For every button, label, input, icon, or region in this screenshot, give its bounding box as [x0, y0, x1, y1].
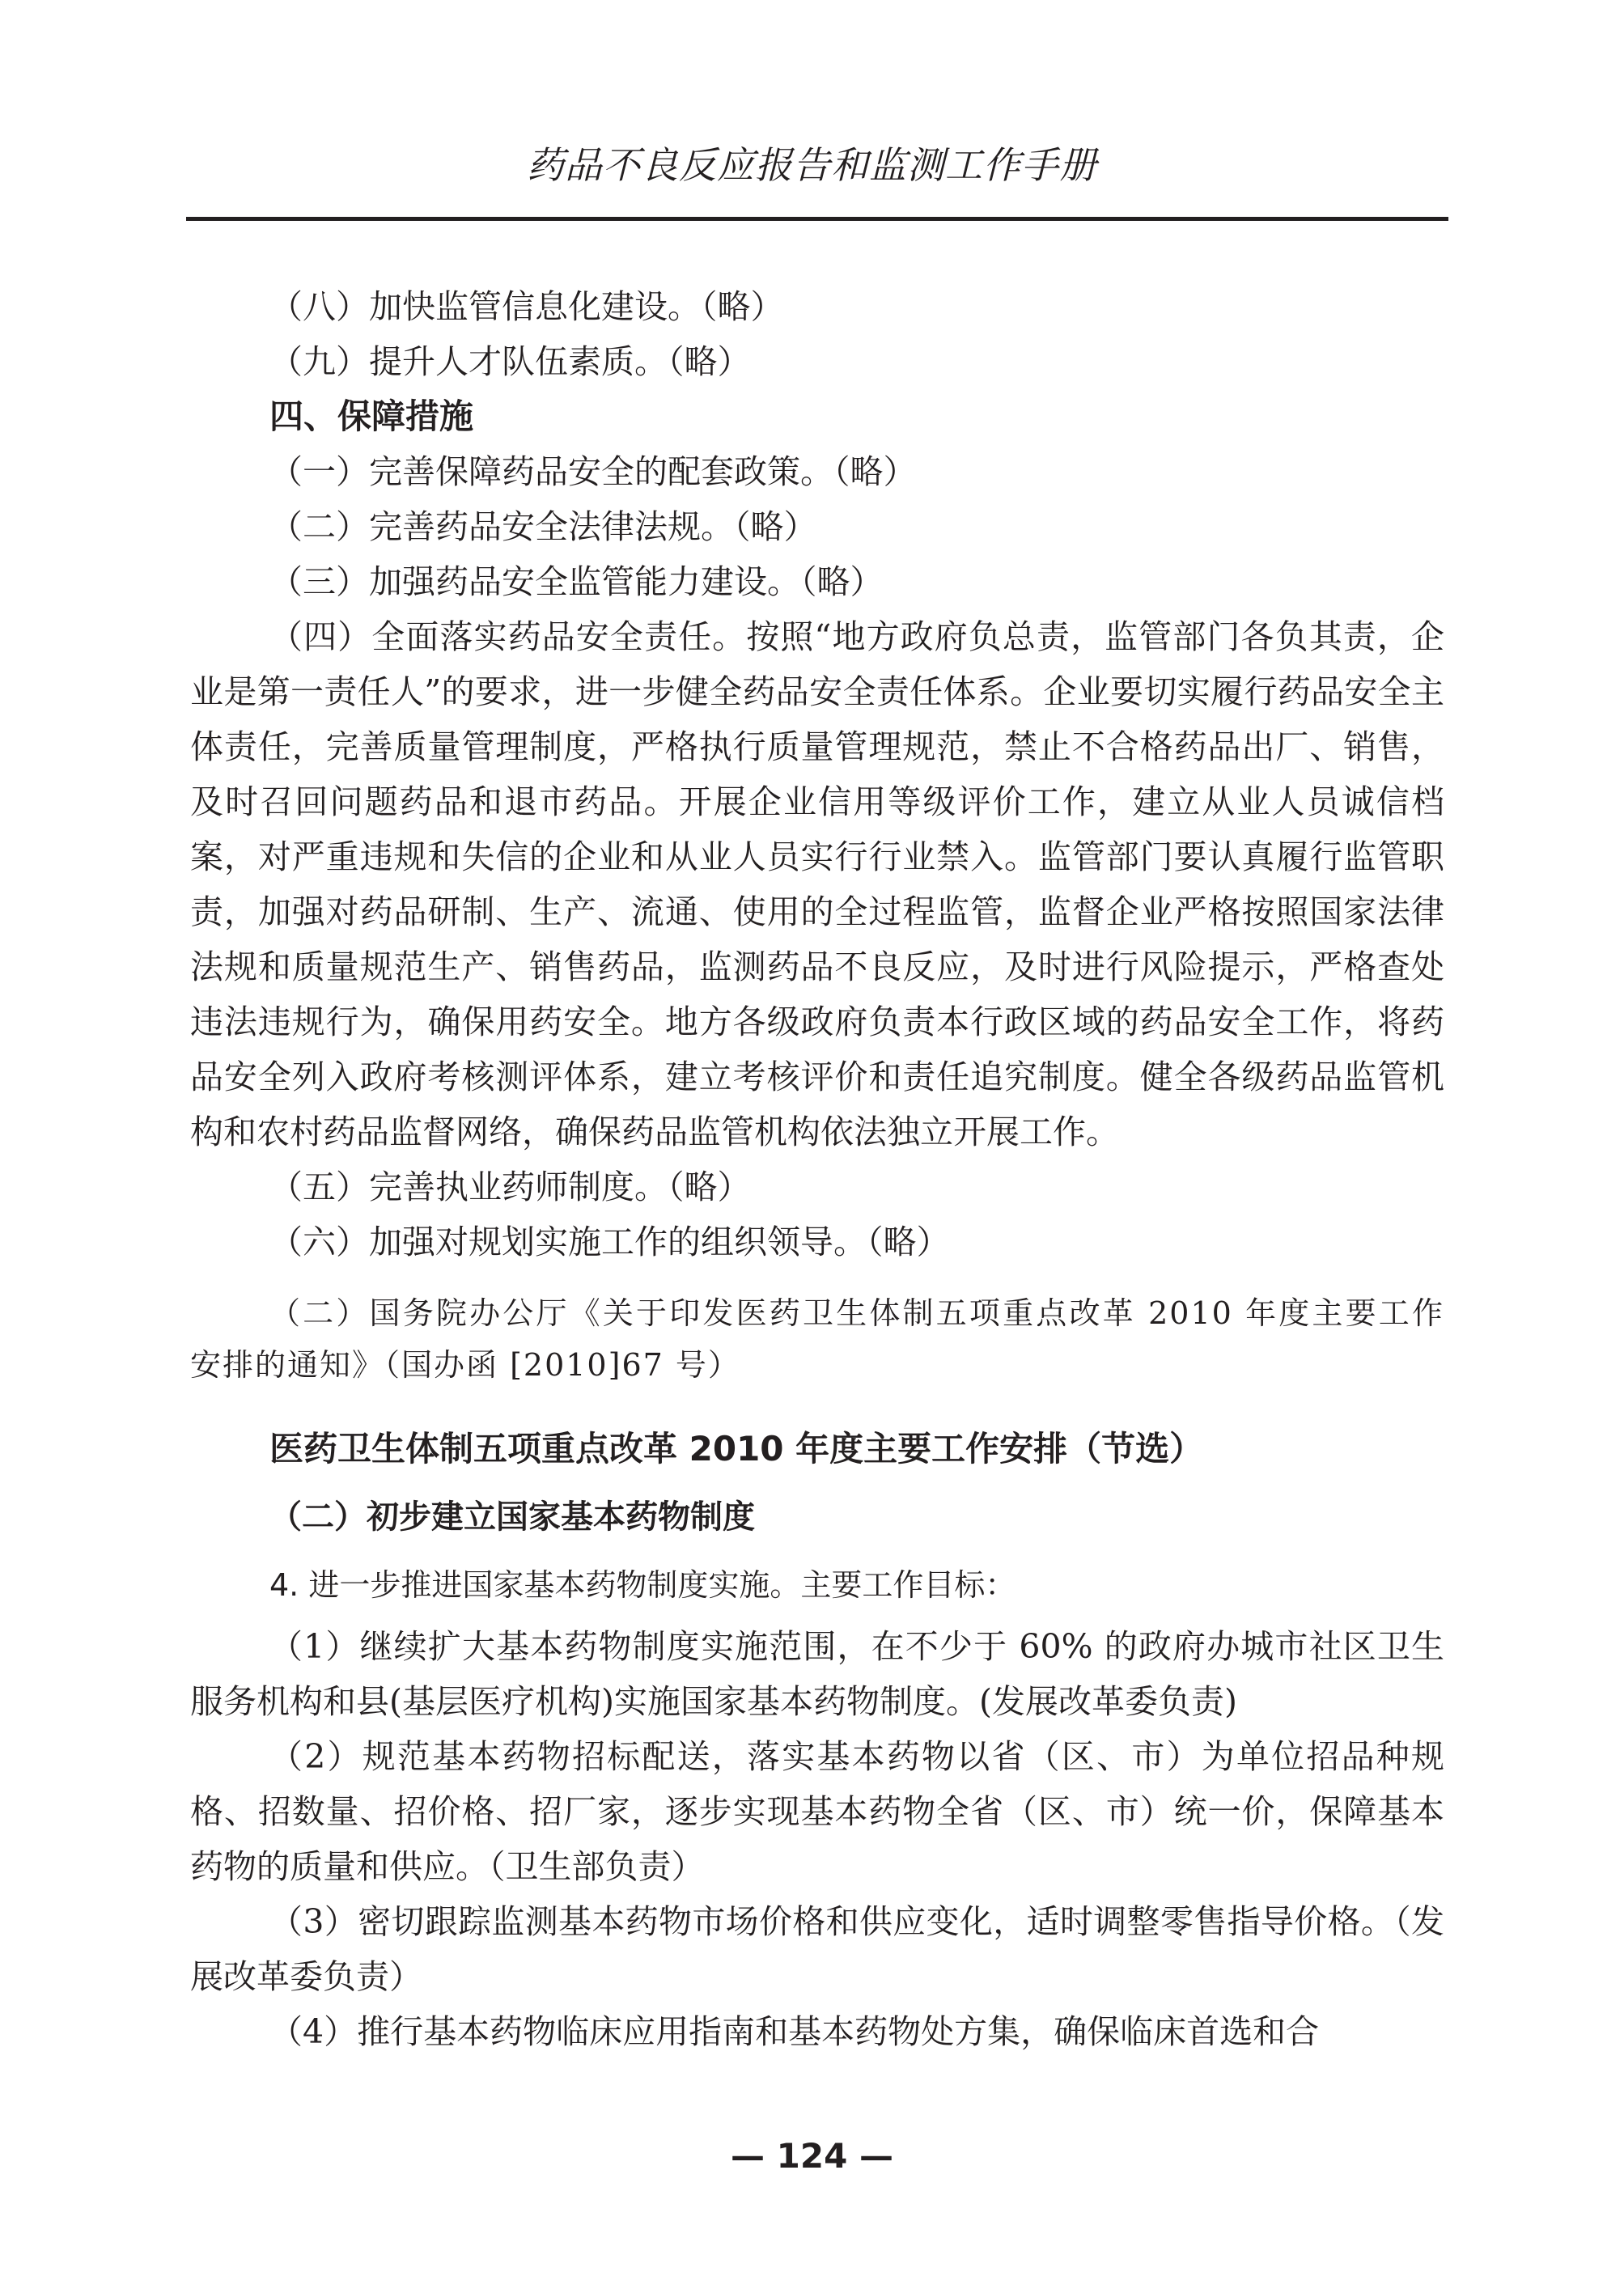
- goal-paragraph-3: （3）密切跟踪监测基本药物市场价格和供应变化，适时调整零售指导价格。（发展改革委…: [190, 1894, 1444, 2004]
- running-head-title: 药品不良反应报告和监测工作手册: [0, 136, 1624, 189]
- header-rule-divider: [186, 217, 1448, 221]
- section-heading-safeguards: 四、保障措施: [190, 389, 1444, 444]
- paragraph-safeguard-6: （六）加强对规划实施工作的组织领导。（略）: [190, 1214, 1444, 1269]
- goal-paragraph-1: （1）继续扩大基本药物制度实施范围，在不少于 60% 的政府办城市社区卫生服务机…: [190, 1619, 1444, 1729]
- item-heading: 4. 进一步推进国家基本药物制度实施。主要工作目标：: [190, 1551, 1444, 1619]
- paragraph-item-8: （八）加快监管信息化建设。（略）: [190, 279, 1444, 334]
- paragraph-safeguard-4: （四）全面落实药品安全责任。按照“地方政府负总责，监管部门各负其责，企业是第一责…: [190, 609, 1444, 1159]
- document-citation: （二）国务院办公厅《关于印发医药卫生体制五项重点改革 2010 年度主要工作安排…: [190, 1287, 1444, 1391]
- goal-paragraph-4: （4）推行基本药物临床应用指南和基本药物处方集，确保临床首选和合: [190, 2004, 1444, 2059]
- document-title: 医药卫生体制五项重点改革 2010 年度主要工作安排（节选）: [190, 1415, 1444, 1483]
- paragraph-safeguard-3: （三）加强药品安全监管能力建设。（略）: [190, 554, 1444, 609]
- subsection-heading: （二）初步建立国家基本药物制度: [190, 1483, 1444, 1551]
- page-body: （八）加快监管信息化建设。（略） （九）提升人才队伍素质。（略） 四、保障措施 …: [190, 279, 1444, 2059]
- goal-paragraph-2: （2）规范基本药物招标配送，落实基本药物以省（区、市）为单位招品种规格、招数量、…: [190, 1729, 1444, 1894]
- paragraph-safeguard-5: （五）完善执业药师制度。（略）: [190, 1159, 1444, 1214]
- paragraph-safeguard-1: （一）完善保障药品安全的配套政策。（略）: [190, 444, 1444, 499]
- page-number: — 124 —: [0, 2136, 1624, 2176]
- paragraph-safeguard-2: （二）完善药品安全法律法规。（略）: [190, 499, 1444, 554]
- paragraph-item-9: （九）提升人才队伍素质。（略）: [190, 334, 1444, 389]
